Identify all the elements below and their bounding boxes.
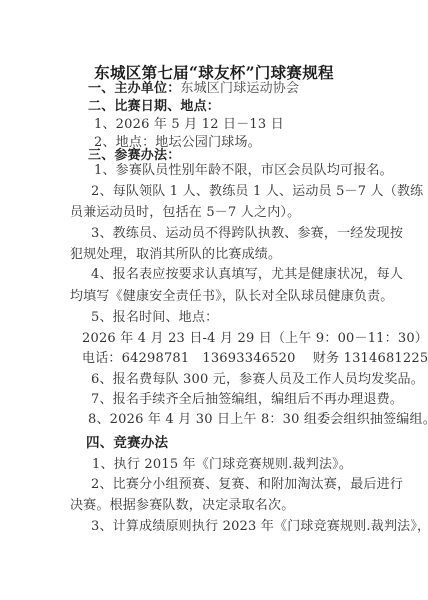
participation-line: 均填写《健康安全责任书》，队长对全队球员健康负责。 (70, 289, 394, 305)
participation-line: 8、2026 年 4 月 30 日上午 8：30 组委会组织抽签编组。 (88, 412, 428, 428)
participation-line: 5、报名时间、地点： (91, 310, 218, 326)
document-title: 东城区第七届“球友杯”门球赛规程 (0, 61, 428, 83)
competition-line: 决赛。根据参赛队数，决定录取名次。 (70, 498, 294, 514)
section-heading-competition: 四、竞赛办法 (86, 435, 168, 451)
participation-line: 犯规处理，取消其所队的比赛成绩。 (70, 247, 281, 263)
section-organizer: 一、主办单位：东城区门球运动协会 (88, 81, 299, 97)
participation-line: 7、报名手续齐全后抽签编组，编组后不再办理退费。 (91, 392, 403, 408)
competition-line: 1、执行 2015 年《门球竞赛规则.裁判法》。 (92, 457, 352, 473)
registration-time-line: 2026 年 4 月 23 日-4 月 29 日（上午 9：00－11：30） (82, 331, 428, 347)
participation-line: 员兼运动员时，包括在 5－7 人之内）。 (70, 205, 300, 221)
participation-line: 2、每队领队 1 人、教练员 1 人、运动员 5－7 人（教练 (91, 184, 423, 200)
section-heading-date-location: 二、比赛日期、地点： (88, 99, 220, 115)
contact-phone-line: 电话：64298781 13693346520 财务 13146812258 (82, 351, 428, 367)
competition-line: 2、比赛分小组预赛、复赛、和附加淘汰赛，最后进行 (91, 477, 403, 493)
competition-line: 3、计算成绩原则执行 2023 年《门球竞赛规则.裁判法》， (91, 519, 428, 535)
participation-line: 1、参赛队员性别年龄不限，市区会员队均可报名。 (94, 163, 393, 179)
participation-line: 6、报名费每队 300 元，参赛人员及工作人员均发奖品。 (91, 372, 424, 388)
document-page: 东城区第七届“球友杯”门球赛规程 一、主办单位：东城区门球运动协会 二、比赛日期… (0, 0, 428, 600)
organizer-value: 东城区门球运动协会 (180, 81, 299, 96)
section-heading-participation: 三、参赛办法： (88, 148, 180, 164)
section-heading-organizer: 一、主办单位： (88, 81, 180, 96)
participation-line: 3、教练员、运动员不得跨队执教、参赛，一经发现按 (91, 226, 403, 242)
date-item: 1、2026 年 5 月 12 日－13 日 (94, 117, 284, 133)
participation-line: 4、报名表应按要求认真填写，尤其是健康状况，每人 (91, 267, 403, 283)
